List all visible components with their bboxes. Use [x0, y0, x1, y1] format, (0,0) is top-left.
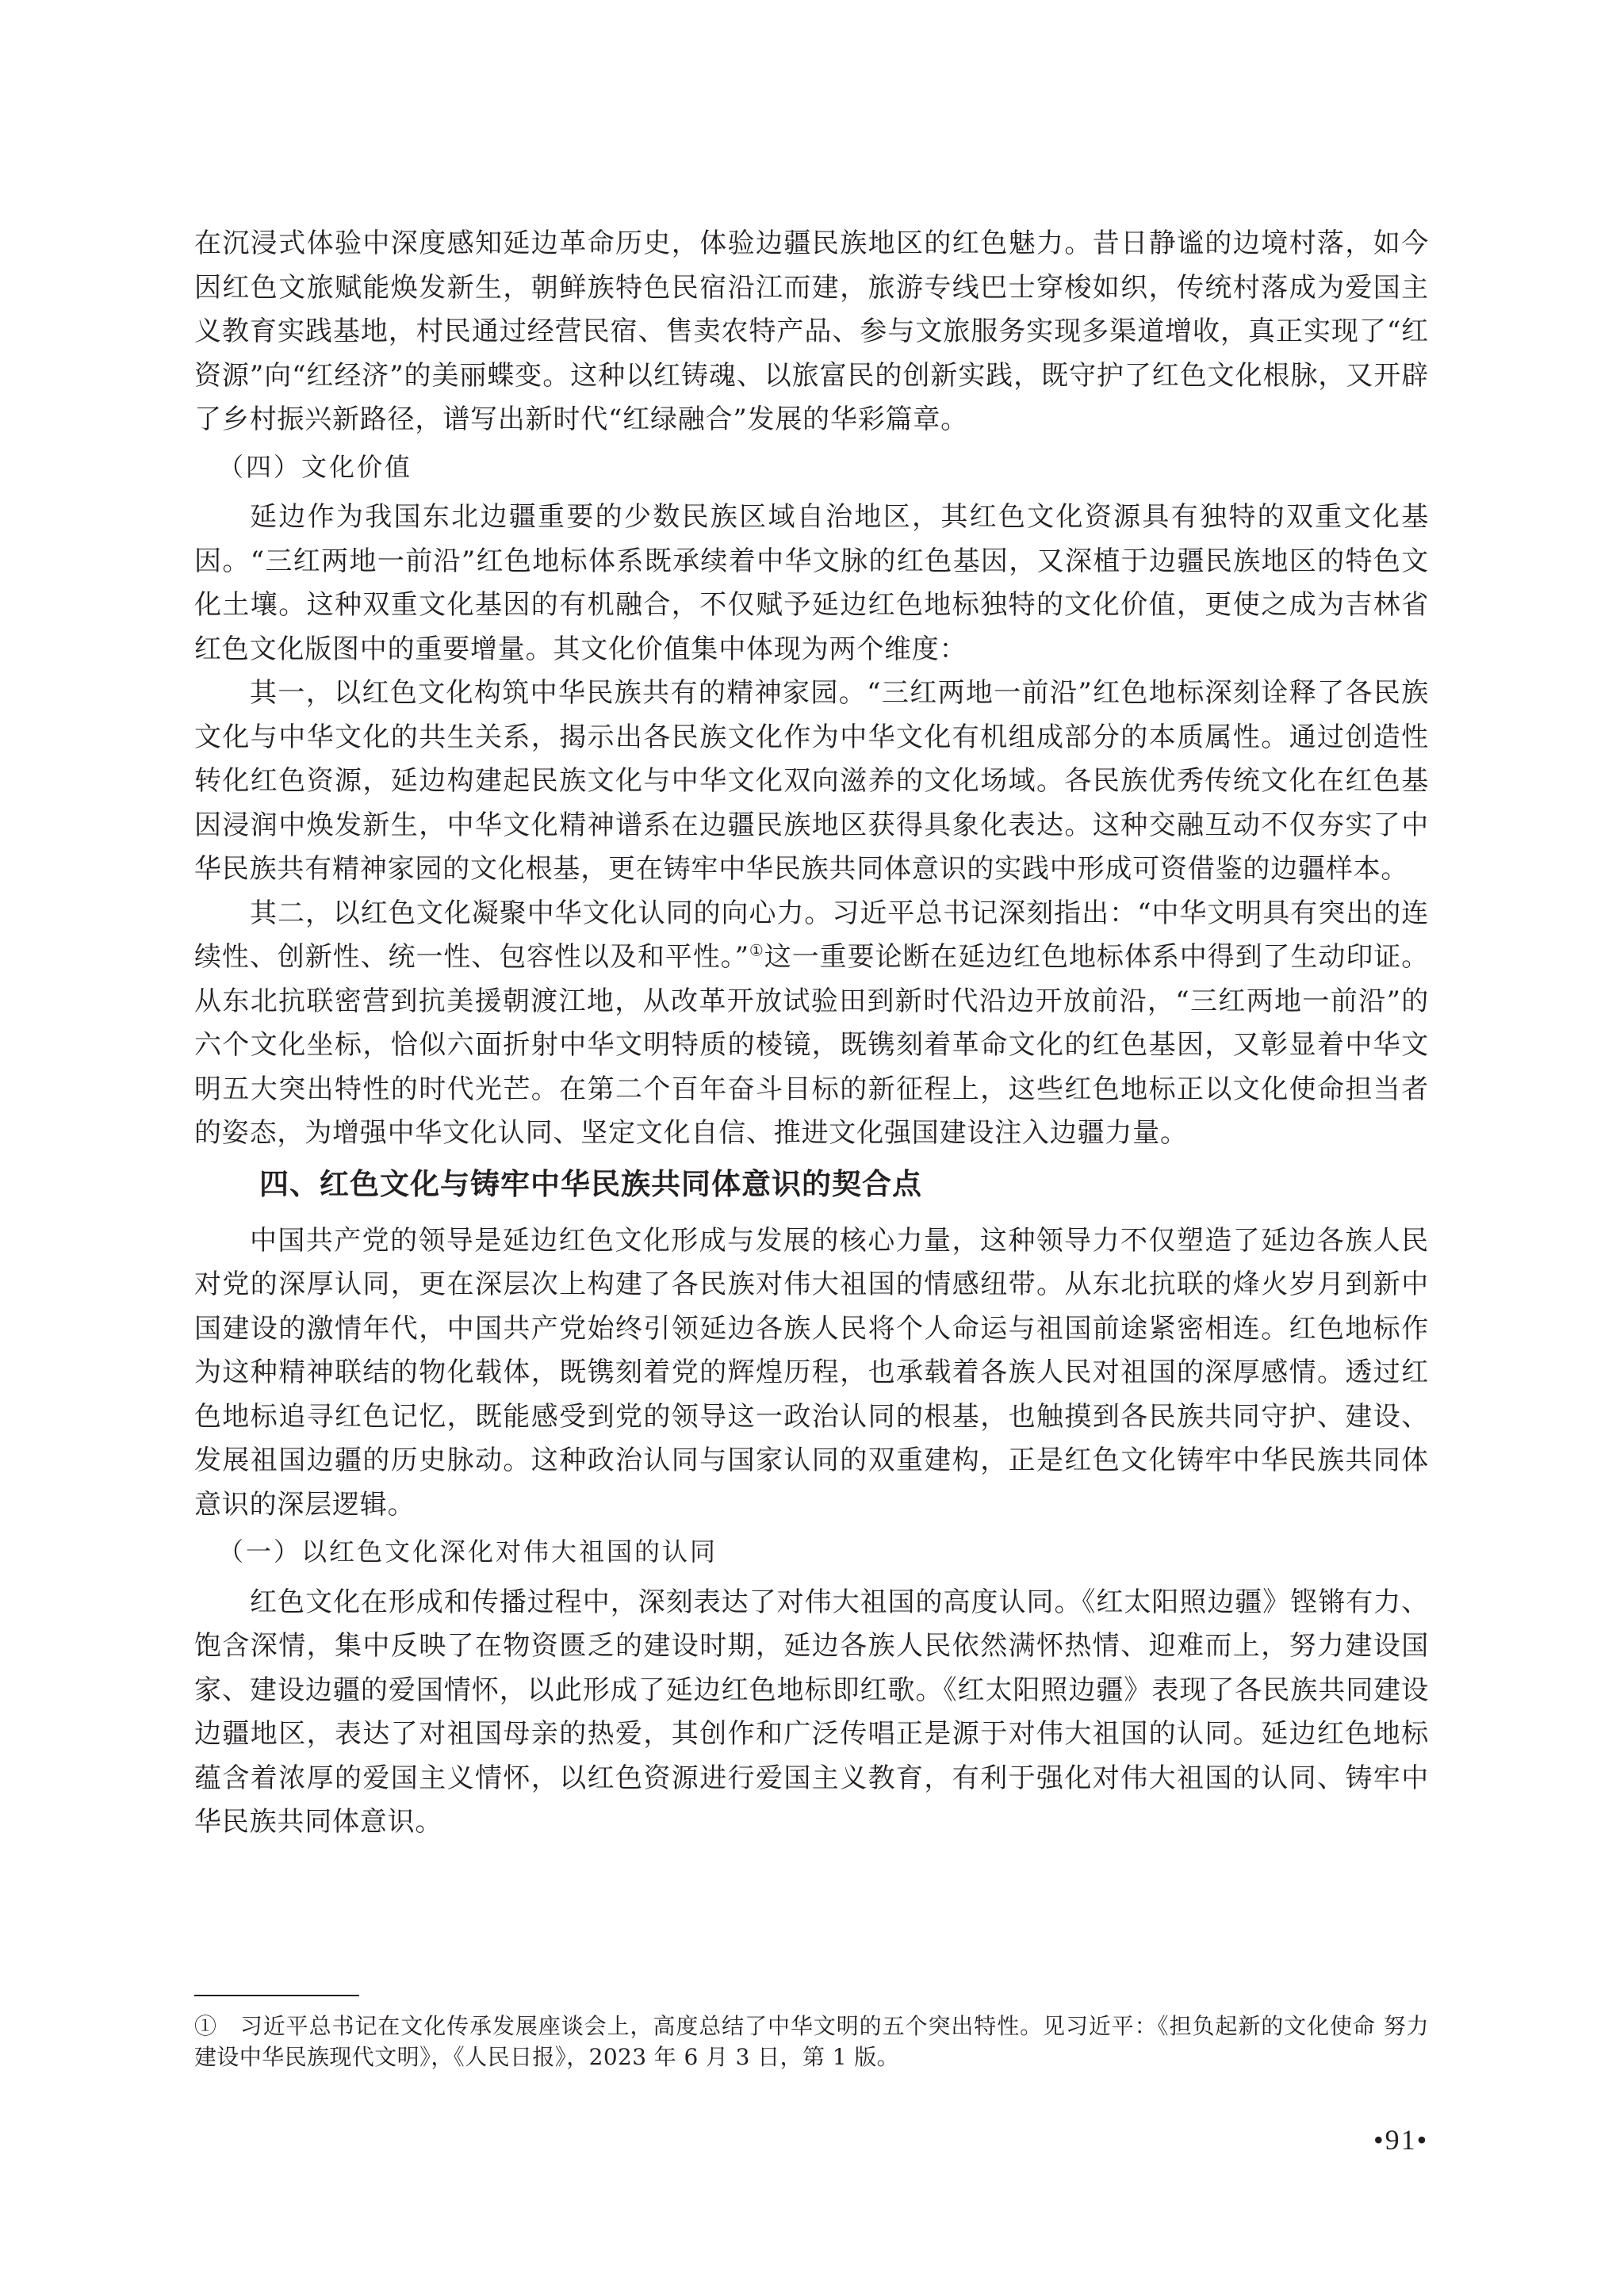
paragraph-cultural-identity: 其二，以红色文化凝聚中华文化认同的向心力。习近平总书记深刻指出：“中华文明具有突…	[194, 892, 1429, 1156]
footnote-marker: ①	[194, 2013, 217, 2039]
article-body: 在沉浸式体验中深度感知延边革命历史，体验边疆民族地区的红色魅力。昔日静谧的边境村…	[194, 222, 1429, 1845]
footnote-1: ① 习近平总书记在文化传承发展座谈会上，高度总结了中华文明的五个突出特性。见习近…	[194, 2011, 1429, 2072]
footnote-text: 习近平总书记在文化传承发展座谈会上，高度总结了中华文明的五个突出特性。见习近平：…	[194, 2013, 1429, 2070]
paragraph-spiritual-home: 其一，以红色文化构筑中华民族共有的精神家园。“三红两地一前沿”红色地标深刻诠释了…	[194, 672, 1429, 892]
paragraph-cultural-value-intro: 延边作为我国东北边疆重要的少数民族区域自治地区，其红色文化资源具有独特的双重文化…	[194, 496, 1429, 672]
subheading-cultural-value: （四）文化价值	[194, 446, 1429, 490]
footnote-ref-1[interactable]: ①	[749, 941, 764, 960]
paragraph-homeland-identity: 红色文化在形成和传播过程中，深刻表达了对伟大祖国的高度认同。《红太阳照边疆》铿锵…	[194, 1581, 1429, 1845]
footnotes: ① 习近平总书记在文化传承发展座谈会上，高度总结了中华文明的五个突出特性。见习近…	[194, 1995, 1429, 2072]
page-number: •91•	[1373, 2123, 1428, 2156]
section-heading-4: 四、红色文化与铸牢中华民族共同体意识的契合点	[194, 1161, 1429, 1208]
paragraph-section4-intro: 中国共产党的领导是延边红色文化形成与发展的核心力量，这种领导力不仅塑造了延边各族…	[194, 1219, 1429, 1528]
subheading-homeland-identity: （一）以红色文化深化对伟大祖国的认同	[194, 1530, 1429, 1575]
footnote-divider	[194, 1995, 359, 1996]
paragraph-continued: 在沉浸式体验中深度感知延边革命历史，体验边疆民族地区的红色魅力。昔日静谧的边境村…	[194, 222, 1429, 442]
